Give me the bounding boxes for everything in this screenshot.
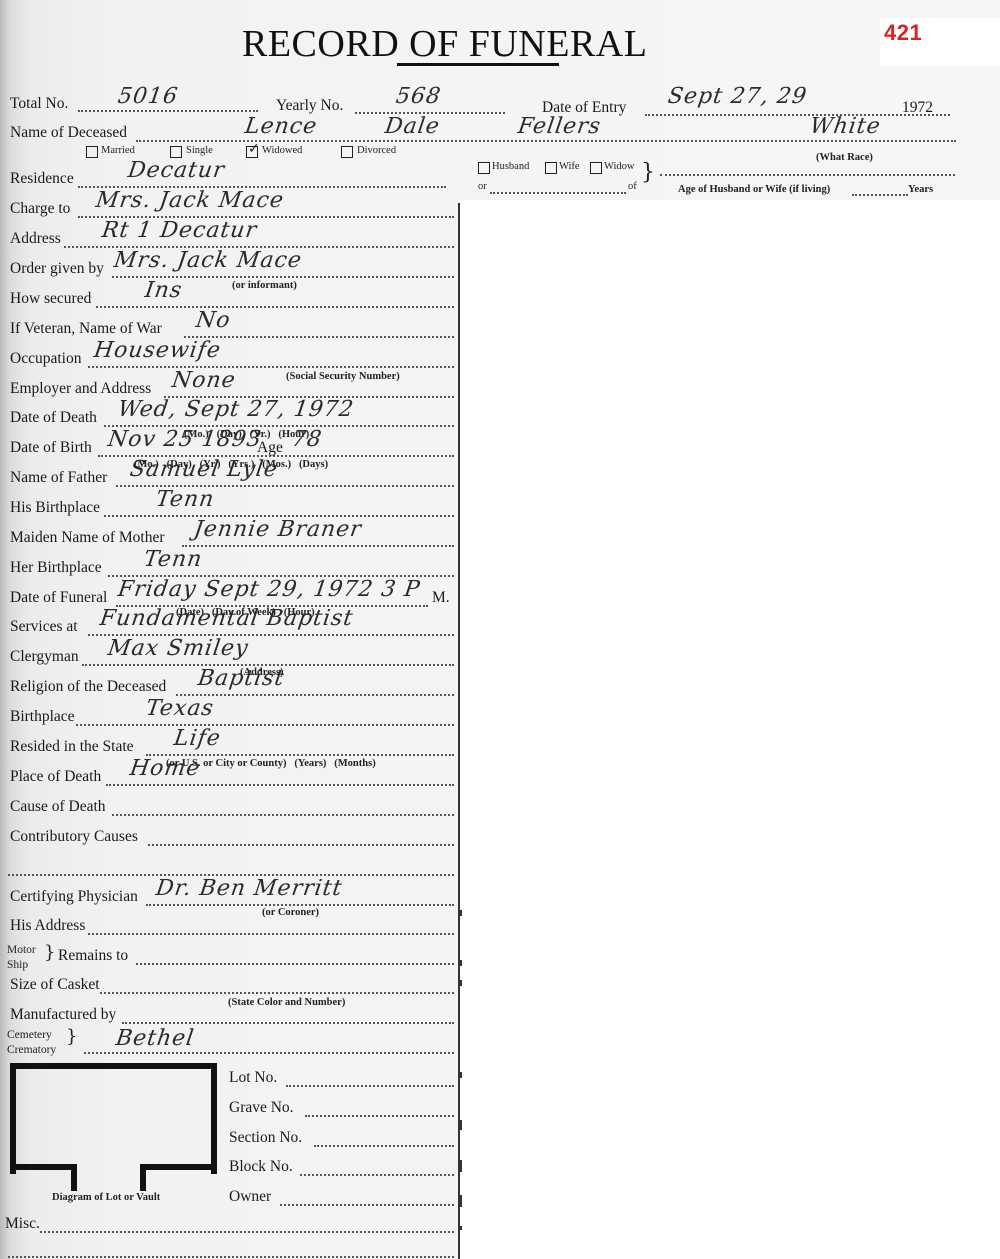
cemetery-line bbox=[84, 1052, 454, 1054]
casket-caption: (State Color and Number) bbox=[228, 997, 345, 1008]
his-address-label: His Address bbox=[10, 917, 85, 935]
manufactured-by-line[interactable] bbox=[122, 1022, 454, 1024]
place-of-death-line bbox=[106, 784, 454, 786]
section-no-label: Section No. bbox=[229, 1129, 302, 1147]
lot-diagram-box bbox=[10, 1063, 217, 1174]
grave-no-line[interactable] bbox=[305, 1115, 454, 1117]
contributory-causes-label: Contributory Causes bbox=[10, 828, 138, 846]
yearly-no-label: Yearly No. bbox=[276, 97, 343, 115]
contributory-causes-line[interactable] bbox=[148, 844, 454, 846]
how-secured-label: How secured bbox=[10, 290, 91, 308]
crematory-label: Crematory bbox=[7, 1044, 56, 1056]
widowed-checkbox[interactable] bbox=[246, 146, 258, 158]
how-secured-line bbox=[96, 306, 454, 308]
resided-in-state-value[interactable]: Life bbox=[172, 726, 222, 751]
edge-mark bbox=[460, 1195, 462, 1207]
name-of-father-value[interactable]: Samuel Lyle bbox=[128, 457, 279, 482]
certifying-physician-value[interactable]: Dr. Ben Merritt bbox=[154, 876, 344, 901]
total-no-value[interactable]: 5016 bbox=[116, 84, 180, 109]
occupation-label: Occupation bbox=[10, 350, 81, 368]
yearly-no-value[interactable]: 568 bbox=[394, 84, 443, 109]
total-no-line bbox=[78, 110, 258, 112]
name-of-father-label: Name of Father bbox=[10, 469, 107, 487]
cemetery-value[interactable]: Bethel bbox=[114, 1026, 196, 1051]
certifying-physician-label: Certifying Physician bbox=[10, 888, 138, 906]
lot-no-label: Lot No. bbox=[229, 1069, 277, 1087]
clergyman-label: Clergyman bbox=[10, 648, 79, 666]
deceased-middle-name[interactable]: Dale bbox=[383, 114, 441, 139]
order-given-by-value[interactable]: Mrs. Jack Mace bbox=[112, 248, 303, 273]
lot-no-line[interactable] bbox=[286, 1085, 454, 1087]
date-of-death-value[interactable]: Wed, Sept 27, 1972 bbox=[116, 397, 355, 422]
divorced-checkbox[interactable] bbox=[341, 146, 353, 158]
maiden-name-mother-value[interactable]: Jennie Braner bbox=[192, 517, 363, 542]
form-title: RECORD OF FUNERAL bbox=[242, 22, 647, 66]
cropped-blank-area bbox=[458, 200, 1000, 1259]
his-birthplace-value[interactable]: Tenn bbox=[154, 487, 216, 512]
lot-diagram-edge bbox=[10, 1164, 77, 1170]
address-value[interactable]: Rt 1 Decatur bbox=[100, 218, 259, 243]
lot-diagram-entrance bbox=[140, 1164, 146, 1191]
deceased-first-name[interactable]: Lence bbox=[243, 114, 319, 139]
spouse-info-line bbox=[660, 174, 955, 176]
spouse-or-label: or bbox=[478, 181, 487, 192]
edge-mark bbox=[460, 1226, 462, 1230]
widow-checkbox[interactable] bbox=[590, 162, 602, 174]
wife-label: Wife bbox=[559, 161, 580, 172]
widow-label: Widow bbox=[604, 161, 635, 172]
lot-diagram-edge bbox=[140, 1164, 211, 1170]
widowed-label: Widowed bbox=[262, 145, 302, 156]
owner-line[interactable] bbox=[280, 1204, 454, 1206]
edge-mark bbox=[460, 960, 462, 966]
address-label: Address bbox=[10, 230, 61, 248]
date-of-birth-value[interactable]: Nov 25 1893 bbox=[106, 427, 263, 452]
owner-label: Owner bbox=[229, 1188, 271, 1206]
his-address-line[interactable] bbox=[88, 933, 454, 935]
section-no-line[interactable] bbox=[314, 1145, 454, 1147]
resided-in-state-label: Resided in the State bbox=[10, 738, 134, 756]
employer-label: Employer and Address bbox=[10, 380, 151, 398]
how-secured-value[interactable]: Ins bbox=[143, 278, 184, 303]
place-of-death-value[interactable]: Home bbox=[128, 756, 202, 781]
block-no-line[interactable] bbox=[300, 1174, 454, 1176]
married-label: Married bbox=[101, 145, 135, 156]
veteran-war-value[interactable]: No bbox=[194, 308, 232, 333]
edge-mark bbox=[460, 1120, 462, 1130]
services-at-label: Services at bbox=[10, 618, 78, 636]
misc-label: Misc. bbox=[5, 1215, 40, 1233]
informant-caption: (or informant) bbox=[232, 280, 297, 291]
title-underline bbox=[397, 63, 559, 66]
wife-checkbox[interactable] bbox=[545, 162, 557, 174]
date-of-funeral-value[interactable]: Friday Sept 29, 1972 3 P bbox=[116, 577, 422, 602]
misc-line-2[interactable] bbox=[8, 1256, 454, 1258]
coroner-caption: (or Coroner) bbox=[262, 907, 319, 918]
funeral-meridiem: M. bbox=[432, 589, 450, 607]
page-number: 421 bbox=[884, 20, 922, 46]
scanned-page: 421 RECORD OF FUNERAL Total No. 5016 Yea… bbox=[0, 0, 1000, 1259]
motor-label: Motor bbox=[7, 944, 36, 956]
name-of-deceased-label: Name of Deceased bbox=[10, 124, 127, 142]
charge-to-label: Charge to bbox=[10, 200, 70, 218]
remains-to-label: Remains to bbox=[58, 947, 128, 965]
place-of-death-label: Place of Death bbox=[10, 768, 101, 786]
maiden-name-mother-label: Maiden Name of Mother bbox=[10, 529, 165, 547]
diagram-caption: Diagram of Lot or Vault bbox=[52, 1192, 160, 1203]
vertical-divider bbox=[458, 203, 460, 1259]
age-label: Age bbox=[257, 439, 283, 457]
manufactured-by-label: Manufactured by bbox=[10, 1006, 116, 1024]
charge-to-value[interactable]: Mrs. Jack Mace bbox=[94, 188, 285, 213]
birthplace-line bbox=[76, 724, 454, 726]
cemetery-brace: } bbox=[66, 1026, 77, 1047]
birthplace-label: Birthplace bbox=[10, 708, 75, 726]
her-birthplace-label: Her Birthplace bbox=[10, 559, 102, 577]
cause-of-death-label: Cause of Death bbox=[10, 798, 106, 816]
lot-diagram-entrance bbox=[71, 1164, 77, 1191]
date-of-birth-label: Date of Birth bbox=[10, 439, 92, 457]
religion-value[interactable]: Baptist bbox=[196, 666, 286, 691]
veteran-war-line bbox=[184, 336, 454, 338]
remains-to-line[interactable] bbox=[136, 963, 454, 965]
deceased-last-name[interactable]: Fellers bbox=[516, 114, 602, 139]
size-of-casket-label: Size of Casket bbox=[10, 976, 100, 994]
husband-checkbox[interactable] bbox=[478, 162, 490, 174]
occupation-value[interactable]: Housewife bbox=[92, 338, 222, 363]
date-of-entry-value[interactable]: Sept 27, 29 bbox=[666, 84, 808, 109]
edge-mark bbox=[460, 980, 462, 986]
divorced-label: Divorced bbox=[357, 145, 396, 156]
date-of-funeral-label: Date of Funeral bbox=[10, 589, 107, 607]
spouse-of-label: of bbox=[628, 181, 637, 192]
residence-value[interactable]: Decatur bbox=[126, 158, 226, 183]
cemetery-label: Cemetery bbox=[7, 1029, 52, 1041]
total-no-label: Total No. bbox=[10, 95, 68, 113]
single-checkbox[interactable] bbox=[170, 146, 182, 158]
age-of-spouse-label: Age of Husband or Wife (if living) bbox=[678, 184, 830, 195]
ship-label: Ship bbox=[7, 959, 28, 971]
maiden-name-mother-line bbox=[182, 545, 454, 547]
date-of-entry-year[interactable]: 1972 bbox=[902, 99, 933, 117]
grave-no-label: Grave No. bbox=[229, 1099, 294, 1117]
residence-label: Residence bbox=[10, 170, 74, 188]
edge-mark bbox=[460, 1072, 462, 1078]
occupation-line bbox=[88, 366, 454, 368]
race-caption: (What Race) bbox=[816, 152, 873, 163]
employer-value[interactable]: None bbox=[170, 368, 237, 393]
block-no-label: Block No. bbox=[229, 1158, 293, 1176]
veteran-war-label: If Veteran, Name of War bbox=[10, 320, 162, 338]
ssn-caption: (Social Security Number) bbox=[286, 371, 400, 382]
date-of-death-label: Date of Death bbox=[10, 409, 97, 427]
years-label: Years bbox=[908, 184, 933, 195]
single-label: Single bbox=[186, 145, 213, 156]
motor-ship-brace: } bbox=[44, 942, 55, 963]
husband-label: Husband bbox=[492, 161, 529, 172]
deceased-race[interactable]: White bbox=[808, 114, 882, 139]
certifying-physician-line bbox=[146, 904, 454, 906]
age-value[interactable]: 78 bbox=[290, 427, 324, 452]
spouse-name-line bbox=[490, 192, 626, 194]
edge-mark bbox=[460, 910, 462, 916]
cause-of-death-line[interactable] bbox=[112, 814, 454, 816]
religion-line bbox=[176, 694, 454, 696]
her-birthplace-value[interactable]: Tenn bbox=[142, 547, 204, 572]
religion-label: Religion of the Deceased bbox=[10, 678, 166, 696]
age-of-spouse-line bbox=[852, 194, 908, 196]
edge-mark bbox=[460, 1160, 462, 1172]
clergyman-value[interactable]: Max Smiley bbox=[106, 636, 250, 661]
services-at-value[interactable]: Fundamental Baptist bbox=[98, 606, 355, 631]
birthplace-value[interactable]: Texas bbox=[144, 696, 215, 721]
misc-line[interactable] bbox=[40, 1231, 454, 1233]
order-given-by-label: Order given by bbox=[10, 260, 104, 278]
spouse-brace: } bbox=[641, 160, 655, 185]
size-of-casket-line[interactable] bbox=[100, 992, 454, 994]
his-birthplace-label: His Birthplace bbox=[10, 499, 100, 517]
married-checkbox[interactable] bbox=[86, 146, 98, 158]
